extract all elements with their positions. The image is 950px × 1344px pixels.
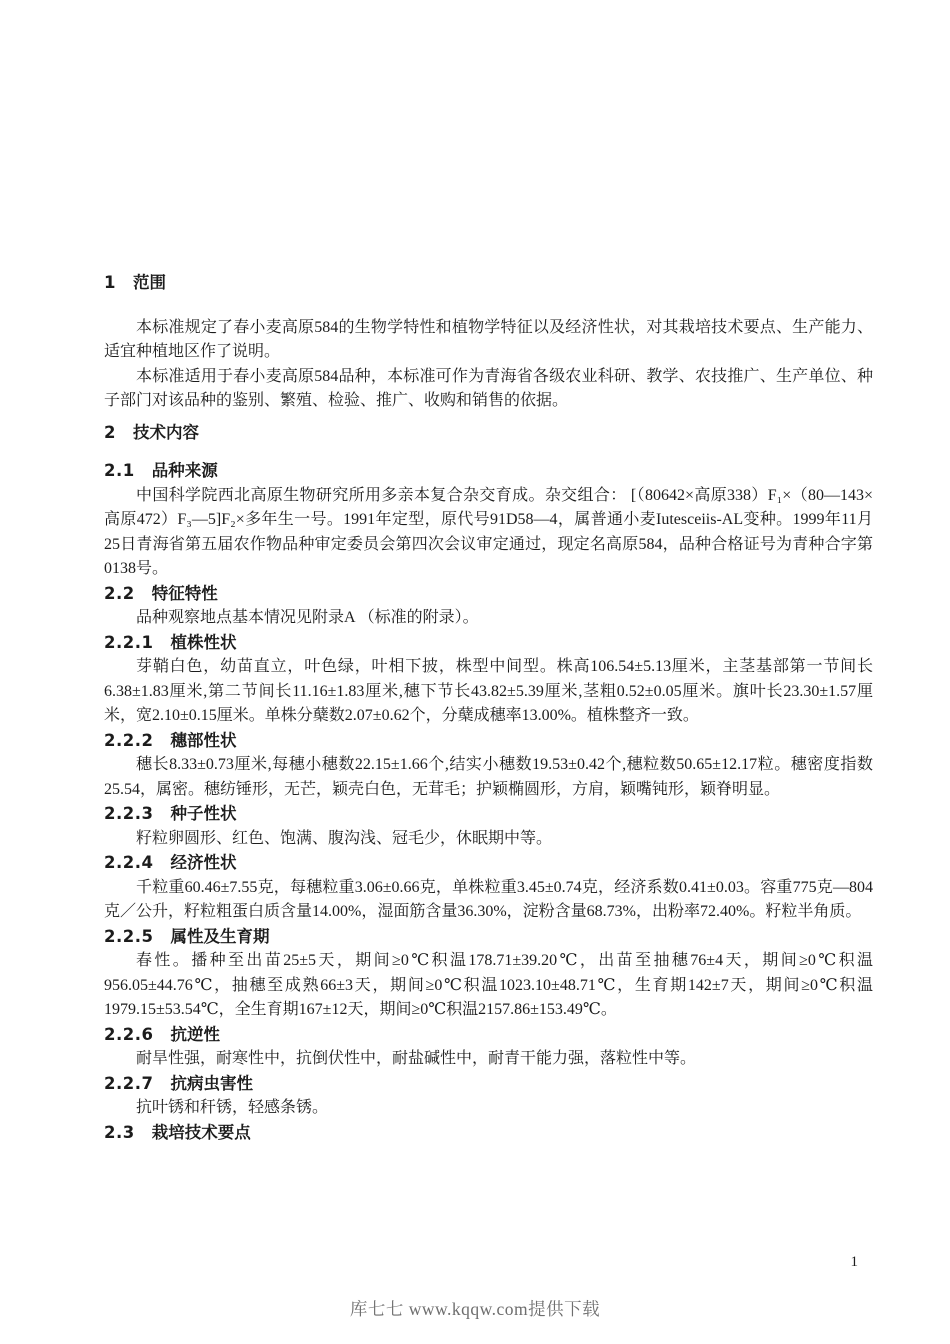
section-heading: 2技术内容 xyxy=(104,421,873,446)
section-heading: 2.2.7抗病虫害性 xyxy=(104,1072,873,1097)
section-heading: 2.2.5属性及生育期 xyxy=(104,925,873,950)
heading-title: 技术内容 xyxy=(133,424,199,442)
heading-title: 经济性状 xyxy=(170,854,236,872)
section-heading: 2.2.3种子性状 xyxy=(104,802,873,827)
heading-title: 栽培技术要点 xyxy=(152,1124,251,1142)
paragraph: 春性。播种至出苗25±5天，期间≥0℃积温178.71±39.20℃，出苗至抽穗… xyxy=(104,949,873,1023)
heading-number: 2.2.3 xyxy=(104,802,153,827)
paragraph: 中国科学院西北高原生物研究所用多亲本复合杂交育成。杂交组合： [（80642×高… xyxy=(104,484,873,582)
heading-number: 2.2.6 xyxy=(104,1023,153,1048)
section-heading: 1范围 xyxy=(104,271,873,296)
heading-number: 1 xyxy=(104,271,116,296)
heading-title: 穗部性状 xyxy=(170,732,236,750)
heading-title: 植株性状 xyxy=(170,634,236,652)
paragraph: 抗叶锈和秆锈，轻感条锈。 xyxy=(104,1096,873,1121)
footer-watermark: 库七七 www.kqqw.com提供下载 xyxy=(0,1296,950,1321)
section-heading: 2.2.2穗部性状 xyxy=(104,729,873,754)
heading-number: 2.2.1 xyxy=(104,631,153,656)
heading-number: 2.2.2 xyxy=(104,729,153,754)
section-heading: 2.2.4经济性状 xyxy=(104,851,873,876)
section-heading: 2.3栽培技术要点 xyxy=(104,1121,873,1146)
paragraph: 耐旱性强，耐寒性中，抗倒伏性中，耐盐碱性中，耐青干能力强，落粒性中等。 xyxy=(104,1047,873,1072)
heading-title: 范围 xyxy=(133,274,166,292)
heading-title: 品种来源 xyxy=(152,462,218,480)
paragraph: 千粒重60.46±7.55克，每穗粒重3.06±0.66克，单株粒重3.45±0… xyxy=(104,876,873,925)
section-heading: 2.1品种来源 xyxy=(104,459,873,484)
heading-title: 抗逆性 xyxy=(170,1026,220,1044)
document-body: 1范围本标准规定了春小麦高原584的生物学特性和植物学特征以及经济性状，对其栽培… xyxy=(104,271,873,1145)
document-page: 1范围本标准规定了春小麦高原584的生物学特性和植物学特征以及经济性状，对其栽培… xyxy=(0,0,950,1344)
heading-number: 2.2.7 xyxy=(104,1072,153,1097)
paragraph: 本标准适用于春小麦高原584品种，本标准可作为青海省各级农业科研、教学、农技推广… xyxy=(104,365,873,414)
paragraph: 本标准规定了春小麦高原584的生物学特性和植物学特征以及经济性状，对其栽培技术要… xyxy=(104,316,873,365)
heading-title: 种子性状 xyxy=(170,805,236,823)
heading-number: 2 xyxy=(104,421,116,446)
section-heading: 2.2.1植株性状 xyxy=(104,631,873,656)
section-heading: 2.2特征特性 xyxy=(104,582,873,607)
section-heading: 2.2.6抗逆性 xyxy=(104,1023,873,1048)
paragraph: 籽粒卵圆形、红色、饱满、腹沟浅、冠毛少，休眠期中等。 xyxy=(104,827,873,852)
heading-title: 属性及生育期 xyxy=(170,928,269,946)
paragraph: 芽鞘白色，幼苗直立，叶色绿，叶相下披，株型中间型。株高106.54±5.13厘米… xyxy=(104,655,873,729)
heading-number: 2.2.5 xyxy=(104,925,153,950)
paragraph: 品种观察地点基本情况见附录A （标准的附录）。 xyxy=(104,606,873,631)
paragraph: 穗长8.33±0.73厘米,每穗小穗数22.15±1.66个,结实小穗数19.5… xyxy=(104,753,873,802)
heading-number: 2.1 xyxy=(104,459,135,484)
heading-number: 2.2.4 xyxy=(104,851,153,876)
page-number: 1 xyxy=(851,1253,859,1271)
heading-number: 2.3 xyxy=(104,1121,135,1146)
heading-title: 特征特性 xyxy=(152,585,218,603)
heading-title: 抗病虫害性 xyxy=(170,1075,253,1093)
heading-number: 2.2 xyxy=(104,582,135,607)
